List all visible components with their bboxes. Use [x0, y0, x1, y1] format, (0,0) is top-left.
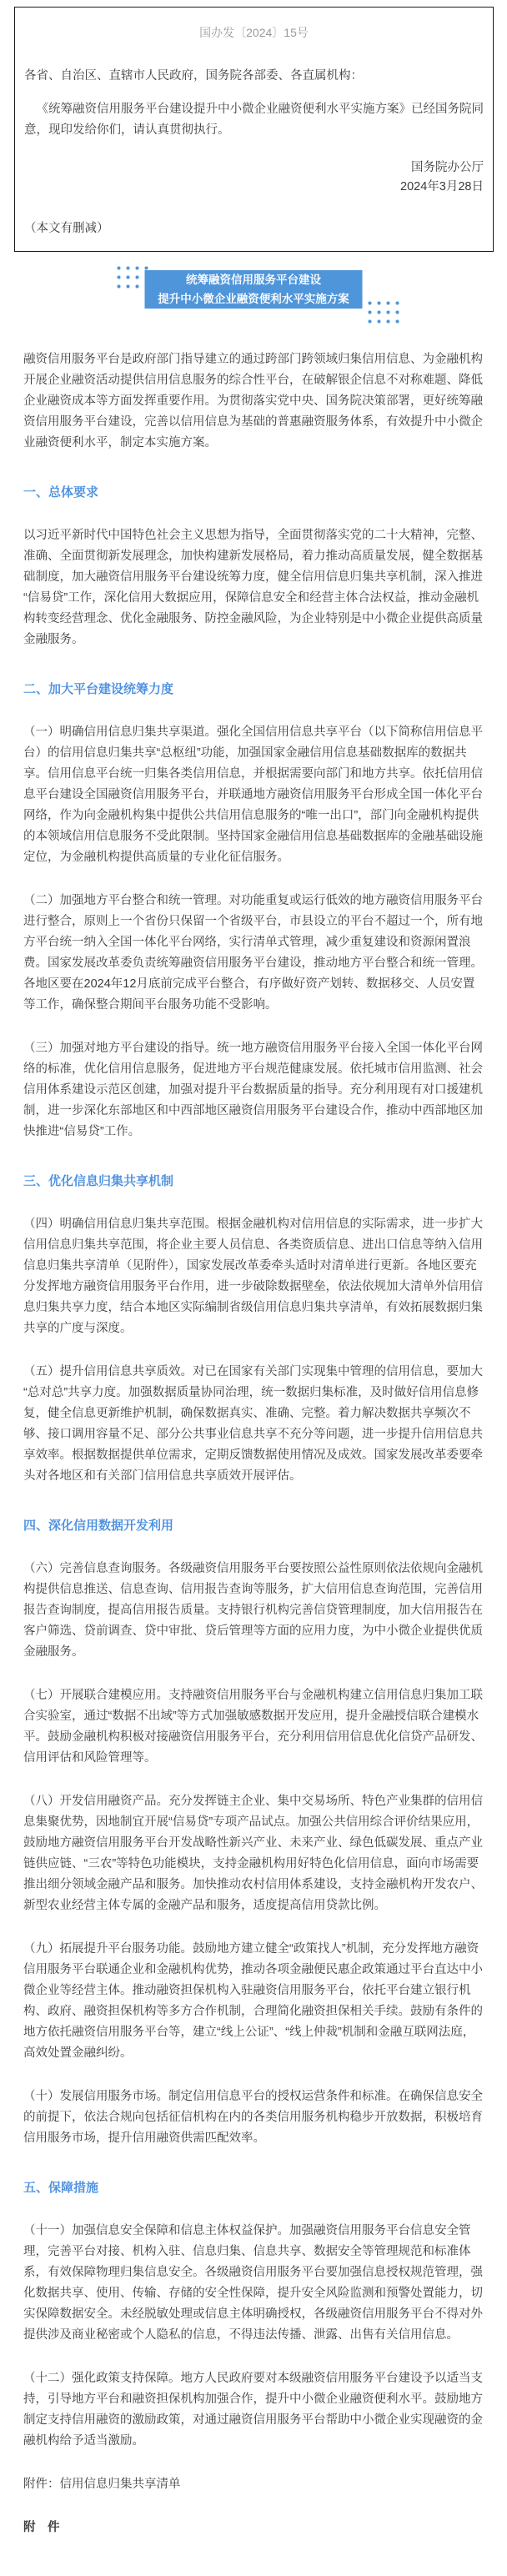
- paragraph: （十一）加强信息安全保障和信息主体权益保护。加强融资信用服务平台信息安全管理，完…: [23, 2221, 484, 2346]
- signature-block: 国务院办公厅 2024年3月28日: [24, 158, 484, 197]
- paragraph: （三）加强对地方平台建设的指导。统一地方融资信用服务平台接入全国一体化平台网络的…: [23, 1038, 484, 1142]
- recipients-line: 各省、自治区、直辖市人民政府，国务院各部委、各直属机构：: [24, 66, 484, 87]
- document-body: 融资信用服务平台是政府部门指导建立的通过跨部门跨领域归集信用信息、为金融机构开展…: [0, 349, 507, 2576]
- paragraph: （七）开展联合建模应用。支持融资信用服务平台与金融机构建立信用信息归集加工联合实…: [23, 1685, 484, 1769]
- paragraph: （二）加强地方平台整合和统一管理。对功能重复或运行低效的地方融资信用服务平台进行…: [23, 891, 484, 1016]
- paragraph: （六）完善信息查询服务。各级融资信用服务平台要按照公益性原则依法依规向金融机构提…: [23, 1559, 484, 1663]
- dot-grid-decoration-icon-bottom-right: [365, 299, 399, 324]
- attachment-note: 附件：信用信息归集共享清单: [23, 2474, 484, 2495]
- intro-paragraph: 融资信用服务平台是政府部门指导建立的通过跨部门跨领域归集信用信息、为金融机构开展…: [23, 349, 484, 454]
- section-heading-5: 五、保障措施: [23, 2177, 484, 2198]
- section-heading-1: 一、总体要求: [23, 482, 484, 503]
- section-heading-3: 三、优化信息归集共享机制: [23, 1171, 484, 1192]
- official-letter-box: 国办发〔2024〕15号 各省、自治区、直辖市人民政府，国务院各部委、各直属机构…: [14, 7, 494, 252]
- notice-paragraph: 《统筹融资信用服务平台建设提升中小微企业融资便利水平实施方案》已经国务院同意，现…: [24, 99, 484, 141]
- issuer-name: 国务院办公厅: [24, 158, 484, 178]
- document-title-banner: 统筹融资信用服务平台建设 提升中小微企业融资便利水平实施方案: [145, 270, 363, 309]
- paragraph: （八）开发信用融资产品。充分发挥链主企业、集中交易场所、特色产业集群的信用信息集…: [23, 1791, 484, 1916]
- paragraph: （四）明确信用信息归集共享范围。根据金融机构对信用信息的实际需求，进一步扩大信用…: [23, 1214, 484, 1339]
- paragraph: （五）提升信用信息共享质效。对已在国家有关部门实现集中管理的信用信息，要加大“总…: [23, 1362, 484, 1487]
- document-page: 国办发〔2024〕15号 各省、自治区、直辖市人民政府，国务院各部委、各直属机构…: [0, 7, 507, 2576]
- section-heading-2: 二、加大平台建设统筹力度: [23, 679, 484, 700]
- title-line-2: 提升中小微企业融资便利水平实施方案: [145, 289, 363, 309]
- attachment-label: 附 件: [23, 2518, 484, 2538]
- paragraph: （十二）强化政策支持保障。地方人民政府要对本级融资信用服务平台建设予以适当支持，…: [23, 2368, 484, 2452]
- title-banner-section: 统筹融资信用服务平台建设 提升中小微企业融资便利水平实施方案: [0, 264, 507, 327]
- paragraph: （十）发展信用服务市场。制定信用信息平台的授权运营条件和标准。在确保信息安全的前…: [23, 2086, 484, 2149]
- section-heading-4: 四、深化信用数据开发利用: [23, 1515, 484, 1536]
- issue-date: 2024年3月28日: [24, 178, 484, 197]
- document-number: 国办发〔2024〕15号: [24, 23, 484, 43]
- paragraph: 以习近平新时代中国特色社会主义思想为指导，全面贯彻落实党的二十大精神，完整、准确…: [23, 525, 484, 650]
- title-line-1: 统筹融资信用服务平台建设: [145, 270, 363, 289]
- paragraph: （九）拓展提升平台服务功能。鼓励地方建立健全“政策找人”机制，充分发挥地方融资信…: [23, 1939, 484, 2064]
- deletion-note: （本文有删减）: [24, 218, 484, 239]
- dot-grid-decoration-icon-top-left: [114, 264, 148, 289]
- paragraph: （一）明确信用信息归集共享渠道。强化全国信用信息共享平台（以下简称信用信息平台）…: [23, 722, 484, 868]
